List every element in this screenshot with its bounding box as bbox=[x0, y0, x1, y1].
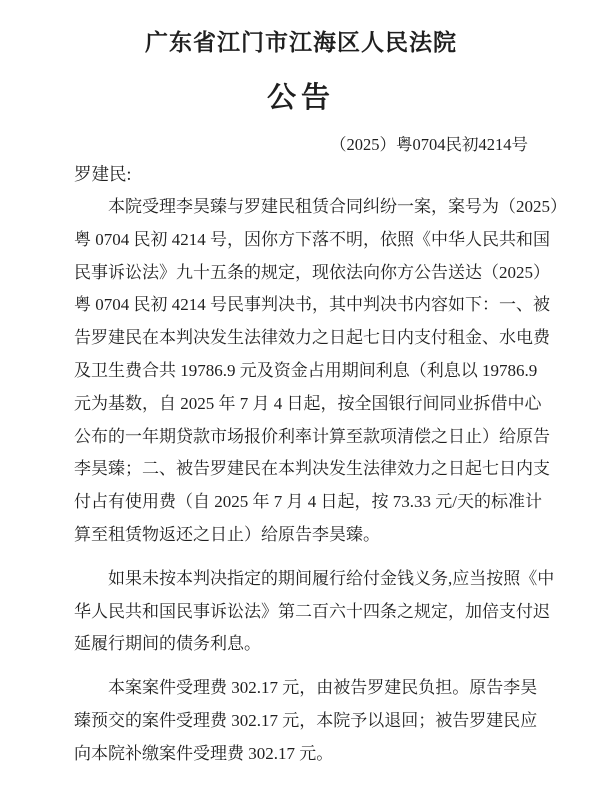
paragraph-line: 本院受理李昊臻与罗建民租赁合同纠纷一案，案号为（2025） bbox=[74, 191, 528, 224]
paragraph-line: 付占有使用费（自 2025 年 7 月 4 日起，按 73.33 元/天的标准计 bbox=[74, 486, 528, 519]
paragraph-line: 华人民共和国民事诉讼法》第二百六十四条之规定，加倍支付迟 bbox=[74, 596, 528, 629]
paragraph-line: 李昊臻；二、被告罗建民在本判决发生法律效力之日起七日内支 bbox=[74, 453, 528, 486]
paragraph-court-fees: 本案案件受理费 302.17 元，由被告罗建民负担。原告李昊 臻预交的案件受理费… bbox=[74, 672, 528, 770]
paragraph-line: 延履行期间的债务利息。 bbox=[74, 628, 528, 661]
paragraph-late-interest: 如果未按本判决指定的期间履行给付金钱义务,应当按照《中 华人民共和国民事诉讼法》… bbox=[74, 563, 528, 661]
case-number: （2025）粤0704民初4214号 bbox=[74, 134, 528, 155]
paragraph-line: 本案案件受理费 302.17 元，由被告罗建民负担。原告李昊 bbox=[74, 672, 528, 705]
court-name: 广东省江门市江海区人民法院 bbox=[74, 28, 528, 58]
court-announcement-page: 广东省江门市江海区人民法院 公告 （2025）粤0704民初4214号 罗建民:… bbox=[0, 0, 600, 800]
paragraph-line: 民事诉讼法》九十五条的规定，现依法向你方公告送达（2025） bbox=[74, 257, 528, 290]
addressee-name: 罗建民: bbox=[74, 162, 528, 186]
paragraph-line: 公布的一年期贷款市场报价利率计算至款项清偿之日止）给原告 bbox=[74, 421, 528, 454]
paragraph-line: 告罗建民在本判决发生法律效力之日起七日内支付租金、水电费 bbox=[74, 322, 528, 355]
paragraph-line: 算至租赁物返还之日止）给原告李昊臻。 bbox=[74, 519, 528, 552]
paragraph-line: 向本院补缴案件受理费 302.17 元。 bbox=[74, 738, 528, 771]
paragraph-judgment: 本院受理李昊臻与罗建民租赁合同纠纷一案，案号为（2025） 粤 0704 民初 … bbox=[74, 191, 528, 552]
announcement-title: 公告 bbox=[74, 82, 528, 115]
paragraph-line: 及卫生费合共 19786.9 元及资金占用期间利息（利息以 19786.9 bbox=[74, 355, 528, 388]
paragraph-line: 粤 0704 民初 4214 号民事判决书，其中判决书内容如下：一、被 bbox=[74, 289, 528, 322]
paragraph-line: 臻预交的案件受理费 302.17 元，本院予以退回；被告罗建民应 bbox=[74, 705, 528, 738]
paragraph-line: 元为基数，自 2025 年 7 月 4 日起，按全国银行间同业拆借中心 bbox=[74, 388, 528, 421]
paragraph-line: 如果未按本判决指定的期间履行给付金钱义务,应当按照《中 bbox=[74, 563, 528, 596]
paragraph-line: 粤 0704 民初 4214 号，因你方下落不明，依照《中华人民共和国 bbox=[74, 224, 528, 257]
